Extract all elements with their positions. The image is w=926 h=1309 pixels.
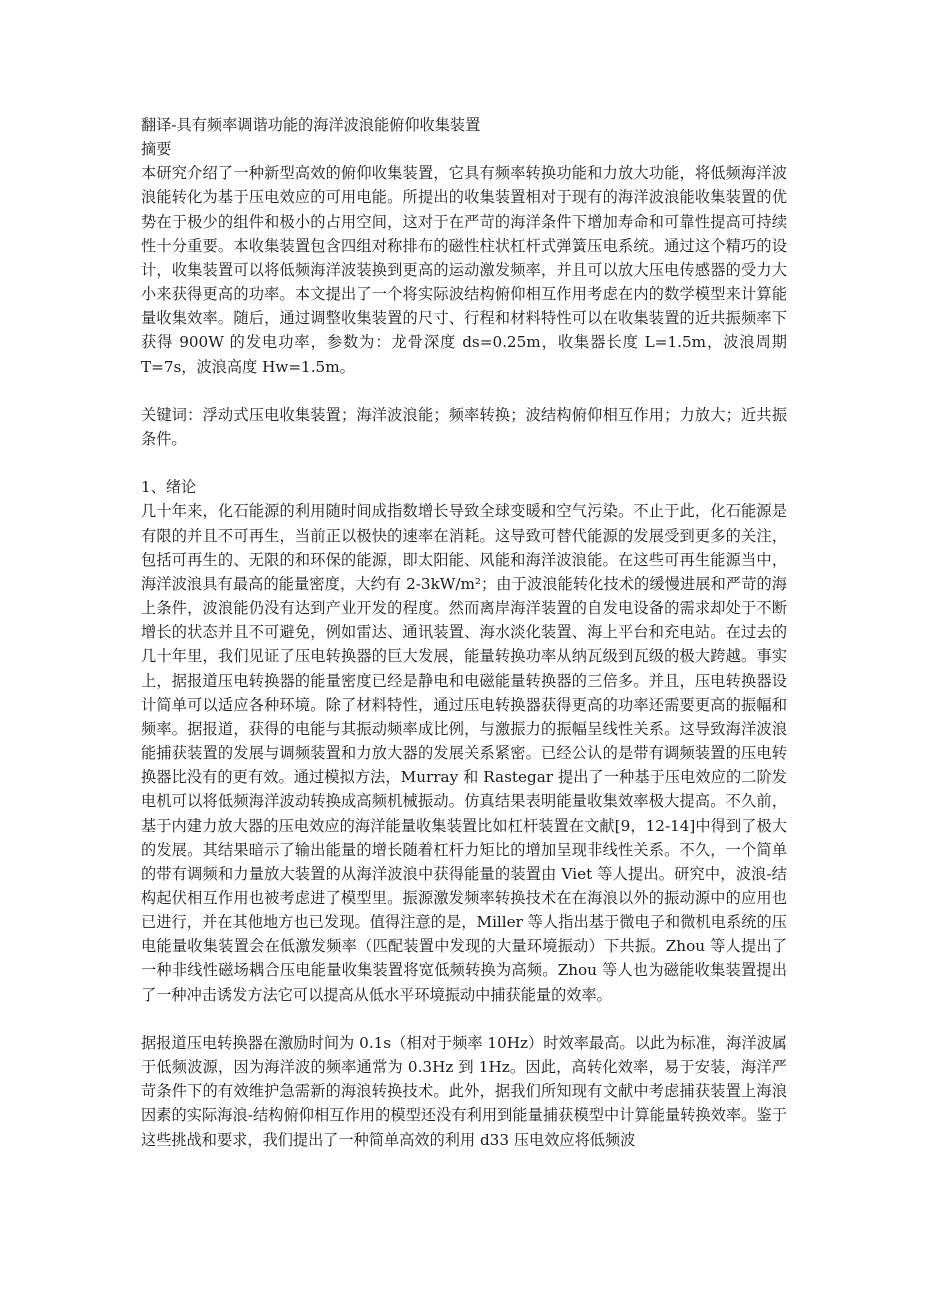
blank-line: [141, 451, 787, 475]
abstract-paragraph: 本研究介绍了一种新型高效的俯仰收集装置，它具有频率转换功能和力放大功能，将低频海…: [141, 161, 787, 378]
document-title: 翻译-具有频率调谐功能的海洋波浪能俯仰收集装置: [141, 113, 787, 137]
keywords-paragraph: 关键词：浮动式压电收集装置；海洋波浪能；频率转换；波结构俯仰相互作用；力放大；近…: [141, 403, 787, 451]
document-page: 翻译-具有频率调谐功能的海洋波浪能俯仰收集装置 摘要 本研究介绍了一种新型高效的…: [141, 113, 787, 1152]
introduction-paragraph-1: 几十年来，化石能源的利用随时间成指数增长导致全球变暖和空气污染。不止于此，化石能…: [141, 499, 787, 1006]
blank-line: [141, 379, 787, 403]
abstract-heading: 摘要: [141, 137, 787, 161]
introduction-paragraph-2: 据报道压电转换器在激励时间为 0.1s（相对于频率 10Hz）时效率最高。以此为…: [141, 1031, 787, 1152]
section-heading-introduction: 1、绪论: [141, 475, 787, 499]
blank-line: [141, 1007, 787, 1031]
